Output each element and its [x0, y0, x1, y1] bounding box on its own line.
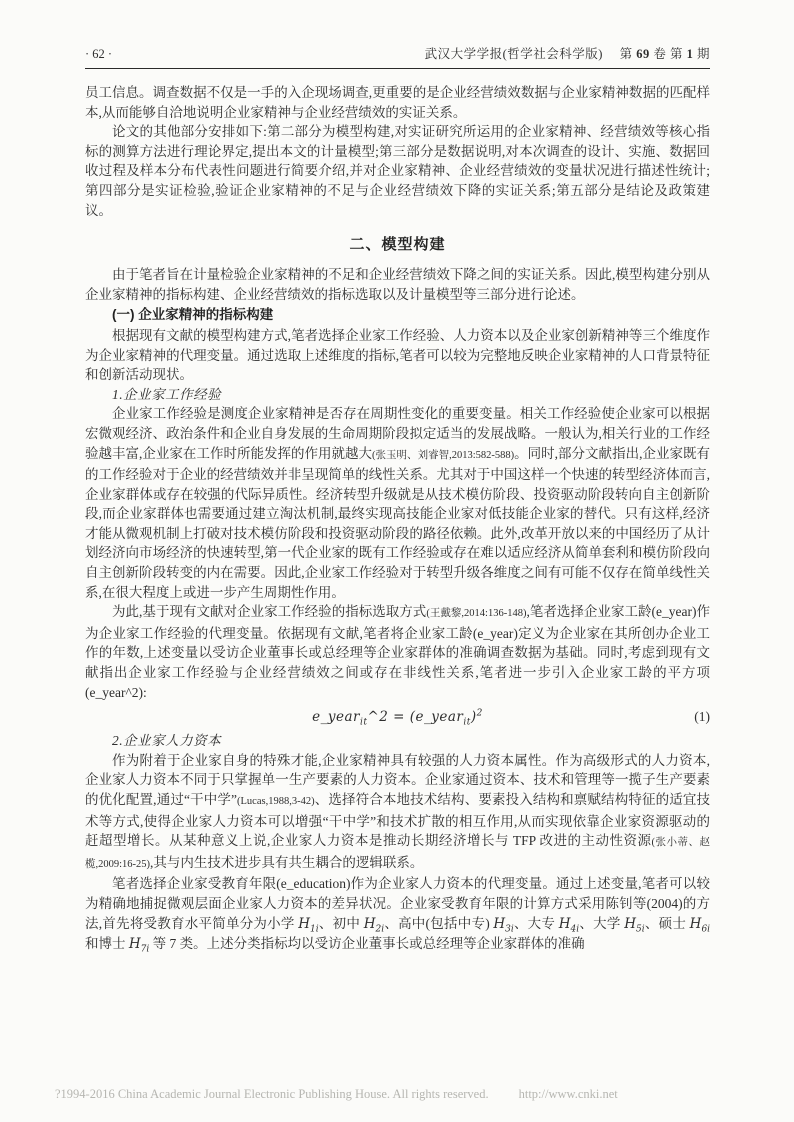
journal-title: 武汉大学学报(哲学社会科学版) 第 69 卷 第 1 期 — [425, 44, 710, 62]
equation-1: e_yearit^2 = (e_yearit)2 (1) — [85, 707, 710, 727]
journal-page: · 62 · 武汉大学学报(哲学社会科学版) 第 69 卷 第 1 期 员工信息… — [0, 0, 794, 1122]
copyright-footer: ?1994-2016 China Academic Journal Electr… — [55, 1087, 754, 1102]
content-column: · 62 · 武汉大学学报(哲学社会科学版) 第 69 卷 第 1 期 员工信息… — [85, 0, 710, 955]
equation-1-number: (1) — [694, 707, 710, 727]
paragraph-intro-continuation: 员工信息。调查数据不仅是一手的入企现场调查,更重要的是企业经营绩效数据与企业家精… — [85, 83, 710, 122]
paragraph-work-experience: 企业家工作经验是测度企业家精神是否存在周期性变化的重要变量。相关工作经验使企业家… — [85, 404, 710, 602]
page-header: · 62 · 武汉大学学报(哲学社会科学版) 第 69 卷 第 1 期 — [85, 44, 710, 62]
section-heading-model-construction: 二、模型构建 — [85, 233, 710, 254]
paragraph-outline: 论文的其他部分安排如下:第二部分为模型构建,对实证研究所运用的企业家精神、经营绩… — [85, 122, 710, 220]
equation-1-formula: e_yearit^2 = (e_yearit)2 — [312, 709, 483, 725]
paragraph-eyear-variable: 为此,基于现有文献对企业家工作经验的指标选取方式(王戴黎,2014:136-14… — [85, 602, 710, 702]
paragraph-education-variable: 笔者选择企业家受教育年限(e_education)作为企业家人力资本的代理变量。… — [85, 874, 710, 954]
page-number: · 62 · — [85, 47, 112, 62]
header-rule — [85, 68, 710, 69]
subheading-work-experience: 1.企业家工作经验 — [85, 385, 710, 405]
subsection-heading-indicator-construction: (一) 企业家精神的指标构建 — [85, 305, 710, 325]
article-body: 员工信息。调查数据不仅是一手的入企现场调查,更重要的是企业经营绩效数据与企业家精… — [85, 83, 710, 955]
copyright-text: ?1994-2016 China Academic Journal Electr… — [55, 1087, 489, 1102]
cnki-url: http://www.cnki.net — [519, 1087, 618, 1102]
paragraph-proxy-variables: 根据现有文献的模型构建方式,笔者选择企业家工作经验、人力资本以及企业家创新精神等… — [85, 326, 710, 385]
paragraph-human-capital: 作为附着于企业家自身的特殊才能,企业家精神具有较强的人力资本属性。作为高级形式的… — [85, 751, 710, 875]
paragraph-section-overview: 由于笔者旨在计量检验企业家精神的不足和企业经营绩效下降之间的实证关系。因此,模型… — [85, 265, 710, 304]
subheading-human-capital: 2.企业家人力资本 — [85, 731, 710, 751]
